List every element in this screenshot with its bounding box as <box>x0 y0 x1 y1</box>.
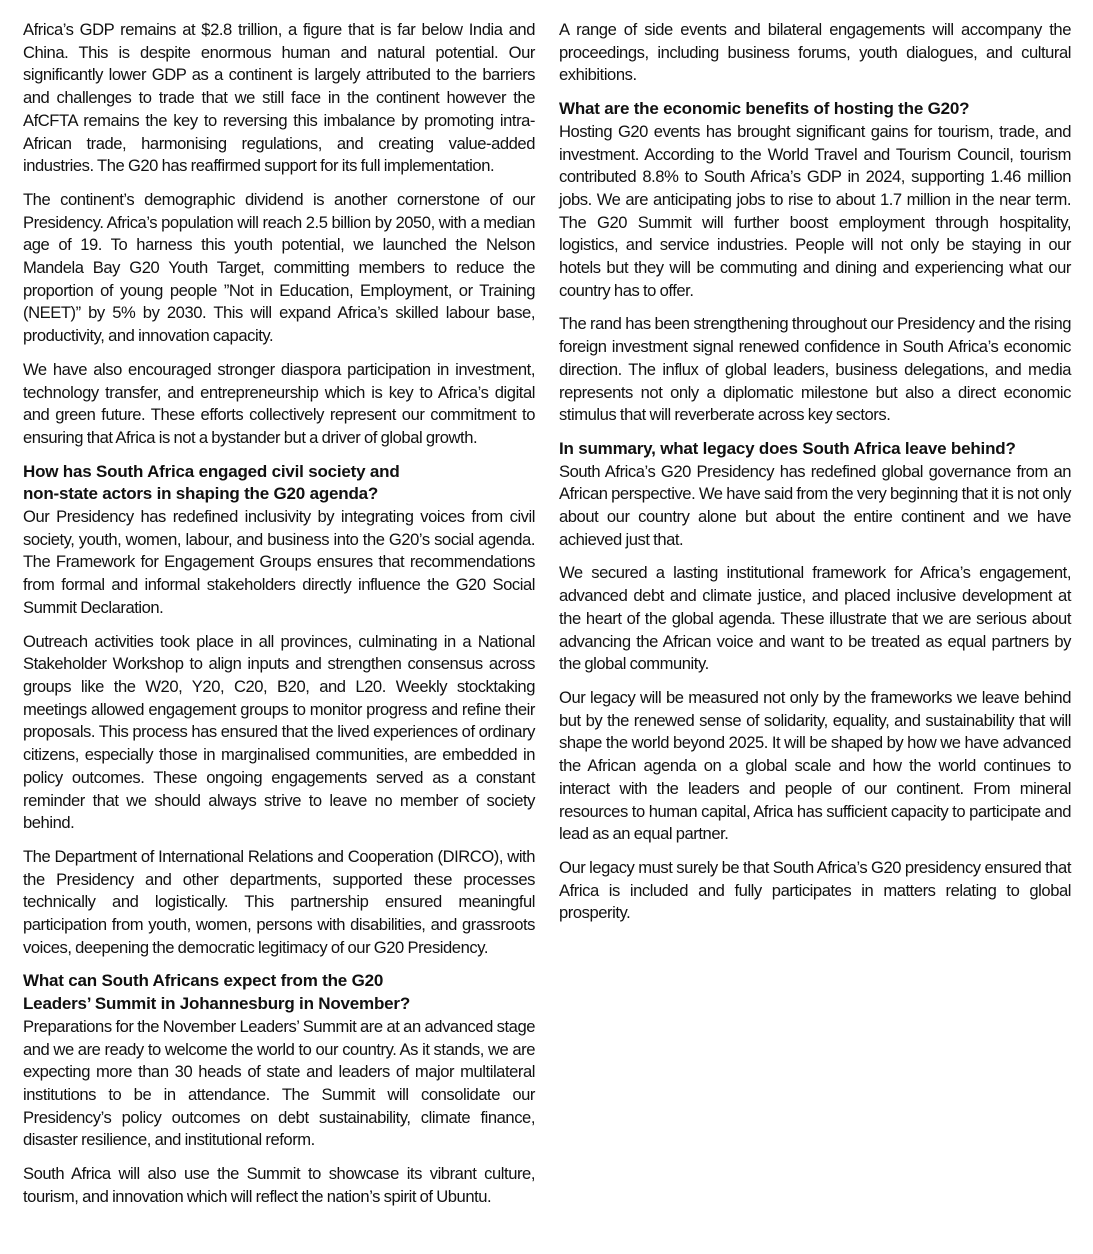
paragraph-gdp: Africa’s GDP remains at $2.8 trillion, a… <box>23 19 535 178</box>
paragraph-inclusivity: Our Presidency has redefined inclusivity… <box>23 506 535 620</box>
right-column: A range of side events and bilateral eng… <box>559 19 1071 936</box>
paragraph-legacy-conclusion: Our legacy must surely be that South Afr… <box>559 857 1071 925</box>
heading-line-1: How has South Africa engaged civil socie… <box>23 462 400 481</box>
paragraph-tourism: Hosting G20 events has brought significa… <box>559 121 1071 303</box>
section-economic-benefits: What are the economic benefits of hostin… <box>559 98 1071 427</box>
heading-line-2: non-state actors in shaping the G20 agen… <box>23 484 378 503</box>
section-heading-civil-society: How has South Africa engaged civil socie… <box>23 461 535 506</box>
paragraph-outreach: Outreach activities took place in all pr… <box>23 631 535 835</box>
paragraph-institutional-framework: We secured a lasting institutional frame… <box>559 562 1071 676</box>
paragraph-rand: The rand has been strengthening througho… <box>559 313 1071 427</box>
article-page: Africa’s GDP remains at $2.8 trillion, a… <box>0 0 1093 1254</box>
paragraph-global-governance: South Africa’s G20 Presidency has redefi… <box>559 461 1071 552</box>
left-column: Africa’s GDP remains at $2.8 trillion, a… <box>23 19 535 1219</box>
section-civil-society: How has South Africa engaged civil socie… <box>23 461 535 960</box>
paragraph-diaspora: We have also encouraged stronger diaspor… <box>23 359 535 450</box>
heading-line-1: What can South Africans expect from the … <box>23 971 383 990</box>
section-legacy: In summary, what legacy does South Afric… <box>559 438 1071 925</box>
section-leaders-summit: What can South Africans expect from the … <box>23 970 535 1208</box>
paragraph-ubuntu: South Africa will also use the Summit to… <box>23 1163 535 1208</box>
paragraph-preparations: Preparations for the November Leaders’ S… <box>23 1016 535 1152</box>
section-heading-leaders-summit: What can South Africans expect from the … <box>23 970 535 1015</box>
section-heading-legacy: In summary, what legacy does South Afric… <box>559 438 1071 461</box>
heading-line-2: Leaders’ Summit in Johannesburg in Novem… <box>23 994 410 1013</box>
paragraph-dirco: The Department of International Relation… <box>23 846 535 960</box>
paragraph-legacy-measured: Our legacy will be measured not only by … <box>559 687 1071 846</box>
section-heading-economic-benefits: What are the economic benefits of hostin… <box>559 98 1071 121</box>
paragraph-side-events: A range of side events and bilateral eng… <box>559 19 1071 87</box>
paragraph-demographic-dividend: The continent’s demographic dividend is … <box>23 189 535 348</box>
